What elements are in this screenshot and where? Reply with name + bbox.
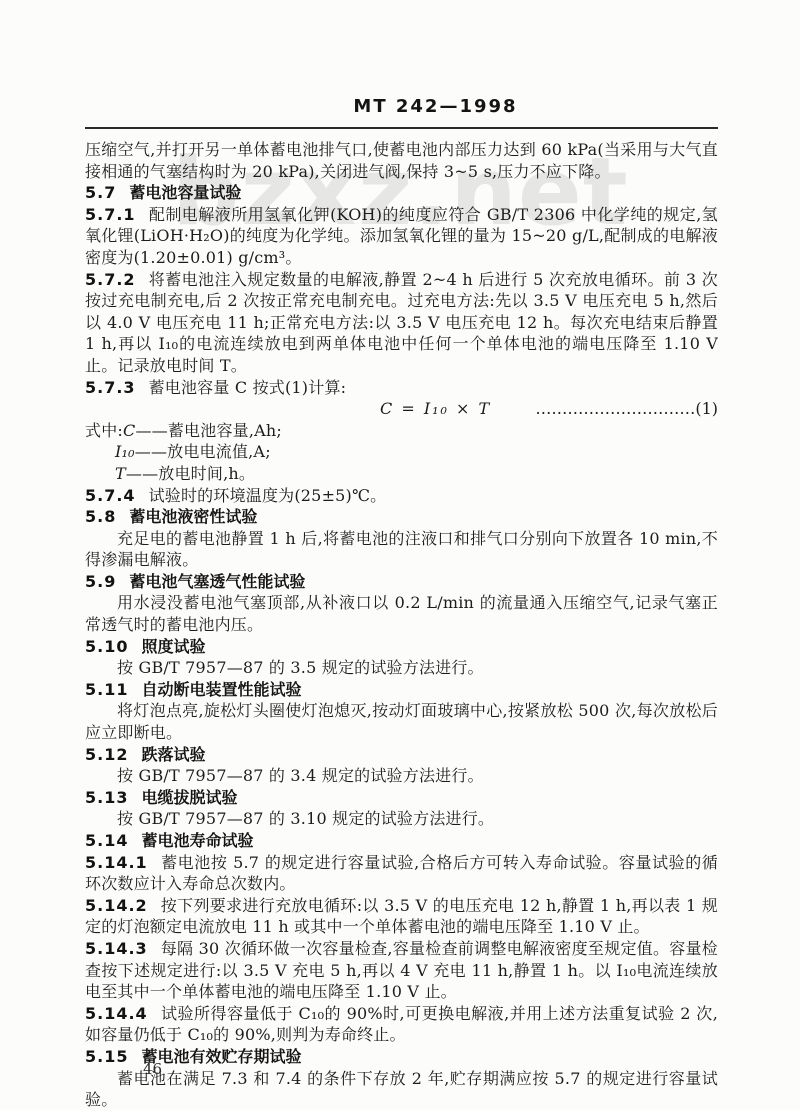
clause-number: 5.14.2 (85, 896, 148, 915)
section-title: 蓄电池气塞透气性能试验 (129, 572, 305, 591)
clause-number: 5.14.1 (85, 853, 148, 872)
symbol-description: ——放电时间,h。 (126, 464, 255, 483)
section-heading-5-15: 5.15蓄电池有效贮存期试验 (85, 1046, 718, 1068)
header-rule (85, 127, 718, 129)
clause-text: 蓄电池按 5.7 的规定进行容量试验,合格后方可转入寿命试验。容量试验的循环次数… (85, 853, 718, 894)
clause-text: 配制电解液所用氢氧化钾(KOH)的纯度应符合 GB/T 2306 中化学纯的规定… (85, 205, 718, 267)
section-heading-5-10: 5.10照度试验 (85, 636, 718, 658)
paragraph-5-12: 按 GB/T 7957—87 的 3.4 规定的试验方法进行。 (85, 765, 718, 787)
clause-number: 5.7.3 (85, 378, 136, 397)
paragraph-5-10: 按 GB/T 7957—87 的 3.5 规定的试验方法进行。 (85, 657, 718, 679)
clause-5-14-3: 5.14.3每隔 30 次循环做一次容量检查,容量检查前调整电解液密度至规定值。… (85, 938, 718, 1003)
formula-1: C = I₁₀ × T …………………………(1) (85, 398, 718, 420)
section-heading-5-13: 5.13电缆拔脱试验 (85, 787, 718, 809)
clause-text: 将蓄电池注入规定数量的电解液,静置 2~4 h 后进行 5 次充放电循环。前 3… (85, 270, 718, 375)
clause-text: 试验所得容量低于 C₁₀的 90%时,可更换电解液,并用上述方法重复试验 2 次… (85, 1004, 718, 1045)
page-number: 46 (143, 1060, 162, 1078)
clause-5-14-4: 5.14.4试验所得容量低于 C₁₀的 90%时,可更换电解液,并用上述方法重复… (85, 1003, 718, 1046)
clause-5-14-1: 5.14.1蓄电池按 5.7 的规定进行容量试验,合格后方可转入寿命试验。容量试… (85, 852, 718, 895)
section-heading-5-8: 5.8蓄电池液密性试验 (85, 506, 718, 528)
paragraph-continuation: 压缩空气,并打开另一单体蓄电池排气口,使蓄电池内部压力达到 60 kPa(当采用… (85, 139, 718, 182)
symbol-T: T (115, 464, 126, 483)
paragraph-5-9: 用水浸没蓄电池气塞顶部,从补液口以 0.2 L/min 的流量通入压缩空气,记录… (85, 592, 718, 635)
section-title: 跌落试验 (141, 745, 205, 764)
section-number: 5.15 (85, 1047, 128, 1066)
clause-5-7-2: 5.7.2将蓄电池注入规定数量的电解液,静置 2~4 h 后进行 5 次充放电循… (85, 269, 718, 377)
formula-reference: …………………………(1) (535, 398, 718, 420)
legend-intro-label: 式中: (85, 421, 123, 440)
section-title: 电缆拔脱试验 (141, 788, 237, 807)
clause-number: 5.7.1 (85, 205, 136, 224)
section-number: 5.11 (85, 680, 128, 699)
section-heading-5-12: 5.12跌落试验 (85, 744, 718, 766)
formula-legend-item-T: T——放电时间,h。 (85, 463, 718, 485)
document-body: 压缩空气,并打开另一单体蓄电池排气口,使蓄电池内部压力达到 60 kPa(当采用… (85, 139, 718, 1110)
section-title: 蓄电池液密性试验 (129, 507, 257, 526)
symbol-C: C (123, 421, 135, 440)
clause-text: 按下列要求进行充放电循环:以 3.5 V 的电压充电 12 h,静置 1 h,再… (85, 896, 718, 937)
symbol-description: ——放电电流值,A; (135, 442, 271, 461)
section-number: 5.14 (85, 831, 128, 850)
section-title: 照度试验 (141, 637, 205, 656)
formula-number: (1) (695, 399, 718, 418)
clause-text: 蓄电池容量 C 按式(1)计算: (149, 378, 347, 397)
section-number: 5.13 (85, 788, 128, 807)
clause-number: 5.14.4 (85, 1004, 148, 1023)
formula-dot-leader: ………………………… (535, 399, 695, 418)
clause-5-7-3: 5.7.3蓄电池容量 C 按式(1)计算: (85, 377, 718, 399)
section-heading-5-14: 5.14蓄电池寿命试验 (85, 830, 718, 852)
clause-text: 每隔 30 次循环做一次容量检查,容量检查前调整电解液密度至规定值。容量检查按下… (85, 939, 718, 1001)
section-number: 5.7 (85, 183, 116, 202)
clause-text: 试验时的环境温度为(25±5)℃。 (149, 486, 387, 505)
section-title: 自动断电装置性能试验 (141, 680, 301, 699)
formula-legend-intro: 式中:C——蓄电池容量,Ah; (85, 420, 718, 442)
paragraph-5-8: 充足电的蓄电池静置 1 h 后,将蓄电池的注液口和排气口分别向下放置各 10 m… (85, 528, 718, 571)
section-heading-5-9: 5.9蓄电池气塞透气性能试验 (85, 571, 718, 593)
section-title: 蓄电池寿命试验 (141, 831, 253, 850)
standard-code-header: MT 242—1998 (119, 95, 752, 119)
formula-expression: C = I₁₀ × T (380, 398, 491, 420)
section-number: 5.8 (85, 507, 116, 526)
symbol-I10: I₁₀ (115, 442, 135, 461)
clause-number: 5.7.4 (85, 486, 136, 505)
section-number: 5.9 (85, 572, 116, 591)
paragraph-5-15: 蓄电池在满足 7.3 和 7.4 的条件下存放 2 年,贮存期满应按 5.7 的… (85, 1068, 718, 1110)
section-heading-5-11: 5.11自动断电装置性能试验 (85, 679, 718, 701)
clause-5-7-4: 5.7.4试验时的环境温度为(25±5)℃。 (85, 485, 718, 507)
section-number: 5.10 (85, 637, 128, 656)
page-content: MT 242—1998 压缩空气,并打开另一单体蓄电池排气口,使蓄电池内部压力达… (85, 95, 718, 1110)
clause-number: 5.14.3 (85, 939, 148, 958)
clause-number: 5.7.2 (85, 270, 136, 289)
section-title: 蓄电池有效贮存期试验 (141, 1047, 301, 1066)
clause-5-14-2: 5.14.2按下列要求进行充放电循环:以 3.5 V 的电压充电 12 h,静置… (85, 895, 718, 938)
symbol-description: ——蓄电池容量,Ah; (135, 421, 282, 440)
paragraph-5-11: 将灯泡点亮,旋松灯头圈使灯泡熄灭,按动灯面玻璃中心,按紧放松 500 次,每次放… (85, 700, 718, 743)
formula-legend-item-I10: I₁₀——放电电流值,A; (85, 441, 718, 463)
section-title: 蓄电池容量试验 (129, 183, 241, 202)
clause-5-7-1: 5.7.1配制电解液所用氢氧化钾(KOH)的纯度应符合 GB/T 2306 中化… (85, 204, 718, 269)
paragraph-5-13: 按 GB/T 7957—87 的 3.10 规定的试验方法进行。 (85, 808, 718, 830)
scanned-standard-page: bzxz.net MT 242—1998 压缩空气,并打开另一单体蓄电池排气口,… (0, 0, 800, 1110)
section-number: 5.12 (85, 745, 128, 764)
section-heading-5-7: 5.7蓄电池容量试验 (85, 182, 718, 204)
